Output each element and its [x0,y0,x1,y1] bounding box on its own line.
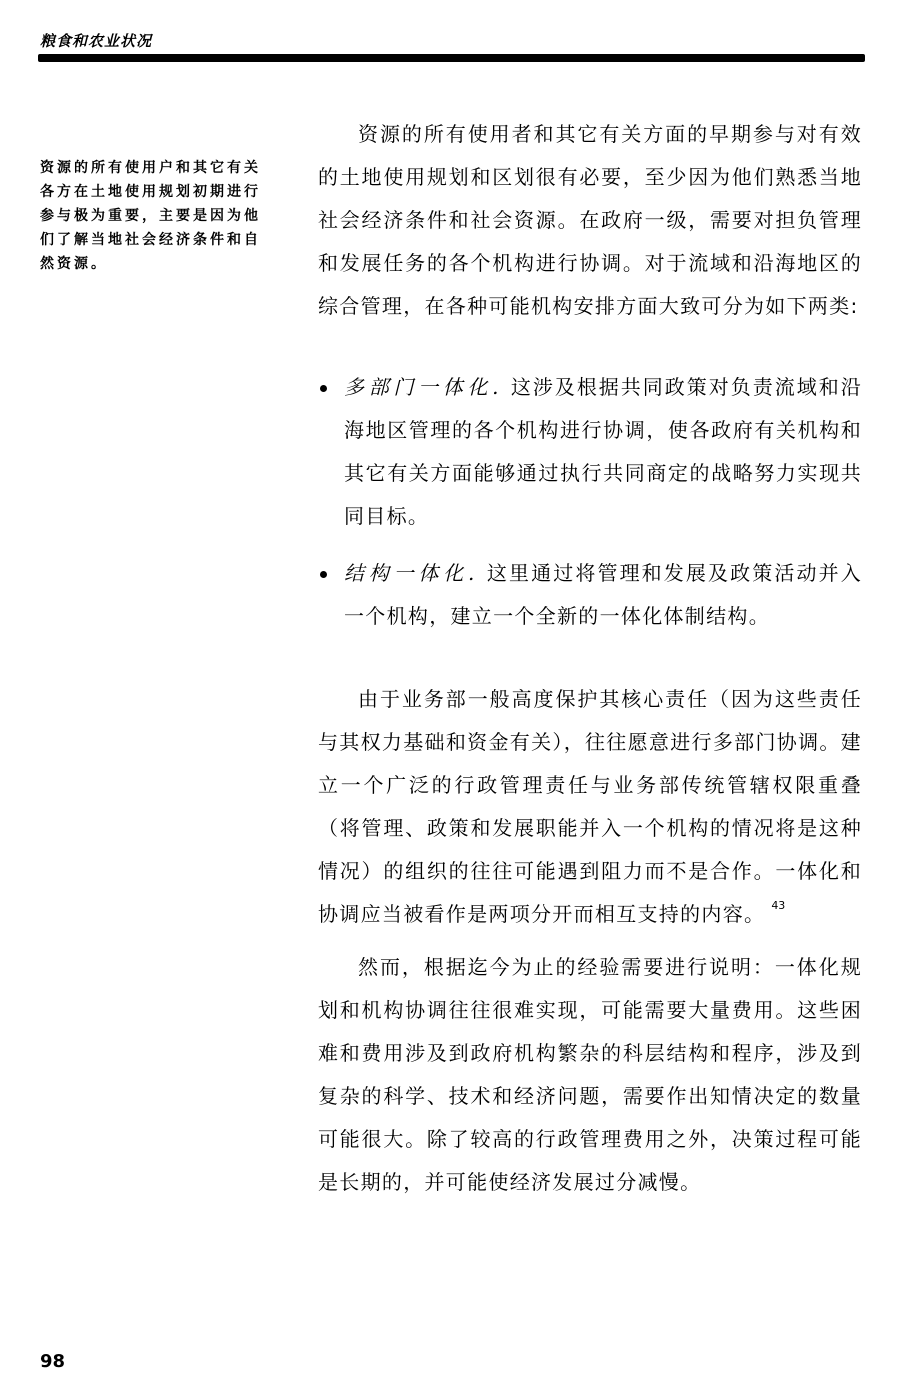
integration-types-list: 多部门一体化. 这涉及根据共同政策对负责流域和沿海地区管理的各个机构进行协调，使… [318,366,862,638]
main-text-column: 资源的所有使用者和其它有关方面的早期参与对有效的土地使用规划和区划很有必要，至少… [318,113,862,1204]
list-item-multisector-integration: 多部门一体化. 这涉及根据共同政策对负责流域和沿海地区管理的各个机构进行协调，使… [318,366,862,538]
bullet-icon [320,571,327,578]
bullet-icon [320,385,327,392]
margin-note-text: 资源的所有使用户和其它有关各方在土地使用规划初期进行参与极为重要，主要是因为他们… [40,160,261,272]
footnote-reference[interactable]: 43 [771,899,785,912]
bullet-term: 多部门一体化. [344,375,503,399]
paragraph-intro: 资源的所有使用者和其它有关方面的早期参与对有效的土地使用规划和区划很有必要，至少… [318,113,862,328]
header-rule-divider [38,54,865,62]
page-number: 98 [40,1351,65,1372]
paragraph-experience: 然而，根据迄今为止的经验需要进行说明：一体化规划和机构协调往往很难实现，可能需要… [318,946,862,1204]
bullet-term: 结构一体化. [344,561,478,585]
paragraph-ministries-text: 由于业务部一般高度保护其核心责任（因为这些责任与其权力基础和资金有关），往往愿意… [318,687,862,926]
margin-note: 资源的所有使用户和其它有关各方在土地使用规划初期进行参与极为重要，主要是因为他们… [40,156,272,276]
running-header-title: 粮食和农业状况 [40,30,152,51]
list-item-structural-integration: 结构一体化. 这里通过将管理和发展及政策活动并入一个机构，建立一个全新的一体化体… [318,552,862,638]
paragraph-ministries: 由于业务部一般高度保护其核心责任（因为这些责任与其权力基础和资金有关），往往愿意… [318,678,862,936]
